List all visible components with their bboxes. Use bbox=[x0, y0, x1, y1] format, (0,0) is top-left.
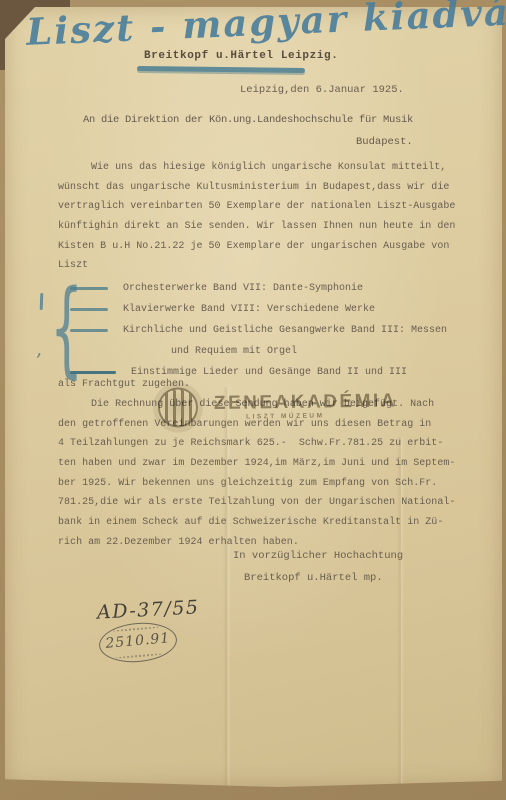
typed-line: bank in einem Scheck auf die Schweizeris… bbox=[58, 513, 468, 533]
inventory-number: 2510.91 bbox=[99, 630, 176, 653]
list-item-text: Orchesterwerke Band VII: Dante-Symphonie bbox=[123, 278, 363, 299]
recipient-line2: Budapest. bbox=[356, 136, 413, 148]
scanned-letter-page: Liszt - magyar kiadványok Breitkopf u.Hä… bbox=[0, 0, 506, 800]
list-item-text: und Requiem mit Orgel bbox=[171, 341, 297, 362]
museum-stamp-subtitle: LISZT MÚZEUM bbox=[246, 412, 324, 420]
handwritten-comma-mark: , bbox=[36, 336, 42, 360]
paragraph-1: Wie uns das hiesige königlich ungarische… bbox=[58, 158, 468, 276]
typed-line: Kisten B u.H No.21.22 je 50 Exemplare de… bbox=[58, 237, 468, 257]
typed-line: 4 Teilzahlungen zu je Reichsmark 625.- S… bbox=[58, 434, 468, 454]
list-item: Klavierwerke Band VIII: Verschiedene Wer… bbox=[70, 299, 490, 320]
sender-name: Breitkopf u.Härtel Leipzig. bbox=[144, 50, 338, 62]
typed-line: 781.25,die wir als erste Teilzahlung von… bbox=[58, 493, 468, 513]
blue-dash-mark bbox=[70, 287, 108, 290]
blue-dash-mark bbox=[70, 371, 116, 374]
list-item: Orchesterwerke Band VII: Dante-Symphonie bbox=[70, 278, 490, 299]
oval-stamp-arc-text bbox=[115, 653, 163, 659]
list-item-text: Kirchliche und Geistliche Gesangwerke Ba… bbox=[123, 320, 447, 341]
dateline: Leipzig,den 6.Januar 1925. bbox=[240, 84, 404, 96]
blue-dash-mark bbox=[70, 308, 108, 311]
typed-line: Liszt bbox=[58, 256, 468, 276]
closing-signature: Breitkopf u.Härtel mp. bbox=[244, 572, 383, 584]
typed-line: vertraglich vereinbarten 50 Exemplare de… bbox=[58, 197, 468, 217]
museum-stamp: ZENEAKADÉMIA LISZT MÚZEUM bbox=[150, 382, 421, 434]
typed-line: ber 1925. Wir bekennen uns gleichzeitig … bbox=[58, 474, 468, 494]
recipient-line1: An die Direktion der Kön.ung.Landeshochs… bbox=[83, 114, 413, 126]
blue-dash-mark bbox=[70, 329, 108, 332]
typed-line: künftighin direkt an Sie senden. Wir las… bbox=[58, 217, 468, 237]
museum-stamp-name: ZENEAKADÉMIA bbox=[214, 390, 397, 415]
museum-emblem-icon bbox=[158, 387, 199, 428]
handwritten-brace: { bbox=[50, 268, 70, 388]
list-item-continuation: und Requiem mit Orgel bbox=[70, 341, 490, 362]
typed-line: Wie uns das hiesige königlich ungarische… bbox=[58, 158, 468, 178]
typed-line: ten haben und zwar im Dezember 1924,im M… bbox=[58, 454, 468, 474]
volume-list: Orchesterwerke Band VII: Dante-Symphonie… bbox=[70, 278, 490, 383]
typed-line: wünscht das ungarische Kultusministerium… bbox=[58, 178, 468, 198]
list-item: Kirchliche und Geistliche Gesangwerke Ba… bbox=[70, 320, 490, 341]
list-item-text: Klavierwerke Band VIII: Verschiedene Wer… bbox=[123, 299, 375, 320]
closing-salutation: In vorzüglicher Hochachtung bbox=[233, 550, 403, 562]
